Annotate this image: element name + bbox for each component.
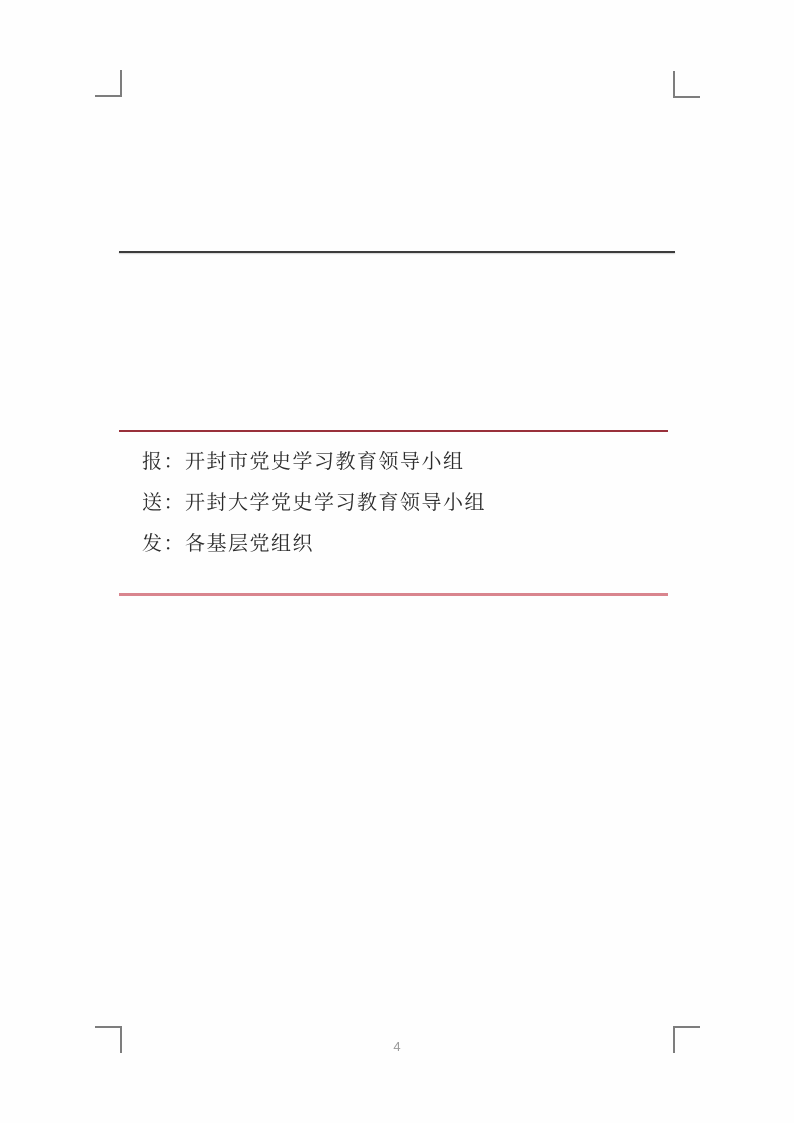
distribution-row-report: 报：开封市党史学习教育领导小组 <box>142 442 662 483</box>
document-page: 报：开封市党史学习教育领导小组 送：开封大学党史学习教育领导小组 发：各基层党组… <box>0 0 794 1123</box>
distribution-text: 开封大学党史学习教育领导小组 <box>185 492 486 514</box>
distribution-label: 送： <box>142 492 185 514</box>
distribution-label: 报： <box>142 451 185 473</box>
distribution-top-rule <box>119 430 668 432</box>
distribution-block: 报：开封市党史学习教育领导小组 送：开封大学党史学习教育领导小组 发：各基层党组… <box>142 442 662 565</box>
distribution-text: 开封市党史学习教育领导小组 <box>185 451 465 473</box>
page-number: 4 <box>0 1039 794 1054</box>
crop-mark-top-right-icon <box>673 71 700 98</box>
distribution-text: 各基层党组织 <box>185 533 314 555</box>
distribution-bottom-rule <box>119 593 668 596</box>
distribution-label: 发： <box>142 533 185 555</box>
crop-mark-top-left-icon <box>95 70 122 97</box>
distribution-row-issue: 发：各基层党组织 <box>142 524 662 565</box>
header-rule <box>119 251 675 253</box>
distribution-row-send: 送：开封大学党史学习教育领导小组 <box>142 483 662 524</box>
